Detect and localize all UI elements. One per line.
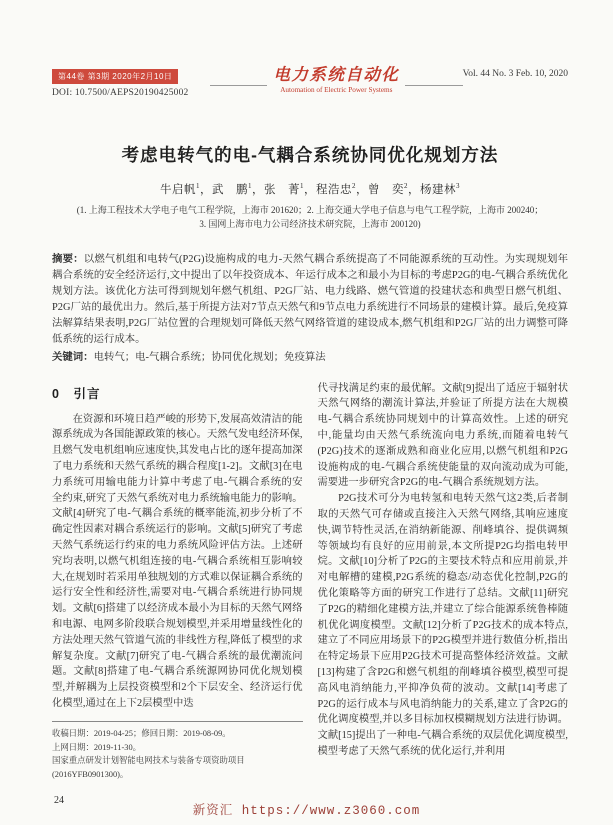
header-divider-left	[210, 85, 267, 86]
keywords-block: 关键词：电转气；电-气耦合系统；协同优化规划；免疫算法	[52, 350, 568, 366]
right-column: 代寻找满足约束的最优解。文献[9]提出了适应于辐射状天然气网络的潮流计算法,并验…	[318, 381, 569, 806]
affiliation-line: 3. 国网上海市电力公司经济技术研究院，上海市 200120)	[52, 218, 568, 232]
author-name: 程浩忠	[316, 184, 352, 196]
journal-page: 第44卷 第3期 2020年2月10日 DOI: 10.7500/AEPS201…	[52, 0, 568, 825]
keywords-text: 电转气；电-气耦合系统；协同优化规划；免疫算法	[94, 352, 326, 363]
section-0-heading: 0 引言	[52, 384, 303, 402]
two-column-body: 0 引言 在资源和环境日趋严峻的形势下,发展高效清洁的能源系统成为各国能源政策的…	[52, 381, 568, 806]
author-name: 曾 奕	[368, 184, 404, 196]
author-separator: ，	[200, 184, 212, 196]
header-divider-right	[405, 85, 462, 86]
right-column-paragraph-1: 代寻找满足约束的最优解。文献[9]提出了适应于辐射状天然气网络的潮流计算法,并验…	[318, 381, 569, 492]
author: 牛启帆1，	[160, 184, 212, 196]
left-column: 0 引言 在资源和环境日趋严峻的形势下,发展高效清洁的能源系统成为各国能源政策的…	[52, 381, 303, 806]
left-column-paragraph: 在资源和环境日趋严峻的形势下,发展高效清洁的能源系统成为各国能源政策的核心。天然…	[52, 412, 303, 712]
watermark-url: 新资汇 https://www.z3060.com	[0, 800, 613, 818]
author: 张 菁1，	[264, 184, 316, 196]
keywords-label: 关键词：	[52, 352, 94, 363]
author: 程浩忠2，	[316, 184, 368, 196]
footnote-received-dates: 收稿日期：2019-04-25；修回日期：2019-08-09。	[52, 727, 303, 741]
author-separator: ，	[252, 184, 264, 196]
abstract-label: 摘要：	[52, 254, 84, 265]
author-separator: ，	[304, 184, 316, 196]
author-separator: ，	[356, 184, 368, 196]
footnote-funding: 国家重点研发计划智能电网技术与装备专项资助项目(2016YFB0901300)。	[52, 754, 303, 782]
author-name: 杨建林	[420, 184, 456, 196]
footnote-online-date: 上网日期：2019-11-30。	[52, 741, 303, 755]
affiliations: (1. 上海工程技术大学电子电气工程学院，上海市 201620；2. 上海交通大…	[52, 204, 568, 231]
author-name: 张 菁	[264, 184, 300, 196]
journal-name-cn: 电力系统自动化	[273, 66, 399, 84]
abstract-text: 以燃气机组和电转气(P2G)设施构成的电力-天然气耦合系统提高了不同能源系统的互…	[52, 254, 568, 345]
doi-text: DOI: 10.7500/AEPS20190425002	[52, 88, 210, 98]
footnote-block: 收稿日期：2019-04-25；修回日期：2019-08-09。 上网日期：20…	[52, 721, 303, 782]
author: 曾 奕2，	[368, 184, 420, 196]
author-list: 牛启帆1，武 鹏1，张 菁1，程浩忠2，曾 奕2，杨建林3	[52, 181, 568, 197]
author-affil-sup: 3	[456, 182, 460, 190]
abstract-block: 摘要：以燃气机组和电转气(P2G)设施构成的电力-天然气耦合系统提高了不同能源系…	[52, 252, 568, 349]
paper-title: 考虑电转气的电-气耦合系统协同优化规划方法	[52, 142, 568, 167]
author: 杨建林3	[420, 184, 460, 196]
journal-name-en: Automation of Electric Power Systems	[273, 86, 399, 95]
right-column-paragraph-2: P2G技术可分为电转氢和电转天然气这2类,后者制取的天然气可存储或直接注入天然气…	[318, 491, 569, 760]
author-separator: ，	[408, 184, 420, 196]
header-left-block: 第44卷 第3期 2020年2月10日 DOI: 10.7500/AEPS201…	[52, 66, 210, 98]
author: 武 鹏1，	[212, 184, 264, 196]
author-name: 武 鹏	[212, 184, 248, 196]
volume-info: Vol. 44 No. 3 Feb. 10, 2020	[463, 69, 568, 79]
issue-info-badge: 第44卷 第3期 2020年2月10日	[52, 69, 178, 85]
journal-header: 第44卷 第3期 2020年2月10日 DOI: 10.7500/AEPS201…	[52, 66, 568, 98]
affiliation-line: (1. 上海工程技术大学电子电气工程学院，上海市 201620；2. 上海交通大…	[52, 204, 568, 218]
author-name: 牛启帆	[160, 184, 196, 196]
journal-logo: 电力系统自动化 Automation of Electric Power Sys…	[267, 66, 405, 95]
